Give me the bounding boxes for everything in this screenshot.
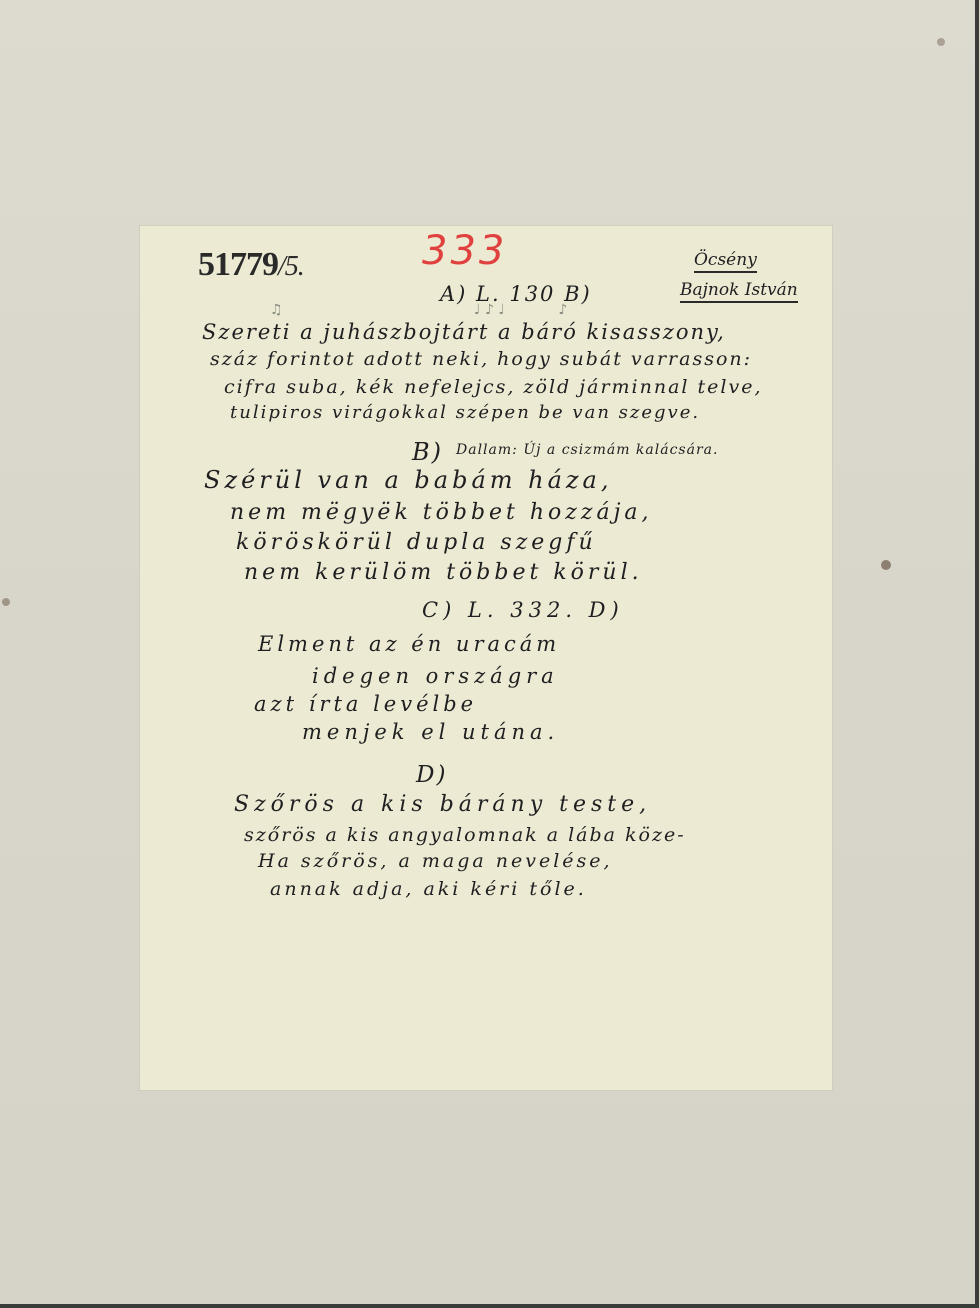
inventory-suffix: /5. bbox=[278, 251, 304, 282]
section-d-line: szőrös a kis angyalomnak a lába köze- bbox=[244, 824, 686, 846]
section-b-line: köröskörül dupla szegfű bbox=[236, 530, 597, 555]
stain-spot bbox=[881, 560, 891, 570]
manuscript-card: 51779/5. 333 Öcsény Bajnok István A) L. … bbox=[140, 226, 832, 1090]
informant-name: Bajnok István bbox=[680, 280, 798, 303]
section-c-line: menjek el utána. bbox=[302, 720, 559, 744]
section-c-line: Elment az én uracám bbox=[258, 632, 560, 656]
section-d-line: Ha szőrös, a maga nevelése, bbox=[258, 850, 613, 872]
section-a-line: száz forintot adott neki, hogy subát var… bbox=[210, 348, 752, 370]
section-b-heading: B) bbox=[412, 438, 443, 466]
section-a-line: Szereti a juhászbojtárt a báró kisasszon… bbox=[202, 320, 726, 344]
section-c-line: azt írta levélbe bbox=[254, 692, 477, 716]
stain-spot bbox=[2, 598, 10, 606]
section-b-line: nem mëgyëk többet hozzája, bbox=[230, 500, 653, 525]
inventory-number-main: 51779 bbox=[198, 246, 278, 283]
section-a-line: tulipiros virágokkal szépen be van szegv… bbox=[230, 402, 700, 423]
place-name: Öcsény bbox=[694, 250, 757, 273]
section-c-line: idegen országra bbox=[312, 664, 559, 688]
section-b-line: nem kerülöm többet körül. bbox=[244, 560, 643, 585]
red-catalog-number: 333 bbox=[422, 228, 507, 274]
stain-spot bbox=[937, 38, 945, 46]
section-d-line: annak adja, aki kéri tőle. bbox=[270, 878, 587, 900]
section-d-line: Szőrös a kis bárány teste, bbox=[234, 792, 651, 817]
inventory-number: 51779/5. bbox=[198, 246, 304, 284]
music-notes: ♫ ♩ ♪ ♩ ♪ bbox=[270, 302, 567, 318]
section-c-heading: C) L. 332. D) bbox=[422, 598, 624, 622]
section-b-line: Szérül van a babám háza, bbox=[204, 466, 613, 494]
melody-note: Dallam: Új a csizmám kalácsára. bbox=[456, 442, 718, 458]
section-a-line: cifra suba, kék nefelejcs, zöld járminna… bbox=[224, 376, 763, 398]
section-d-heading: D) bbox=[416, 762, 447, 788]
mounting-board: 51779/5. 333 Öcsény Bajnok István A) L. … bbox=[0, 0, 979, 1308]
